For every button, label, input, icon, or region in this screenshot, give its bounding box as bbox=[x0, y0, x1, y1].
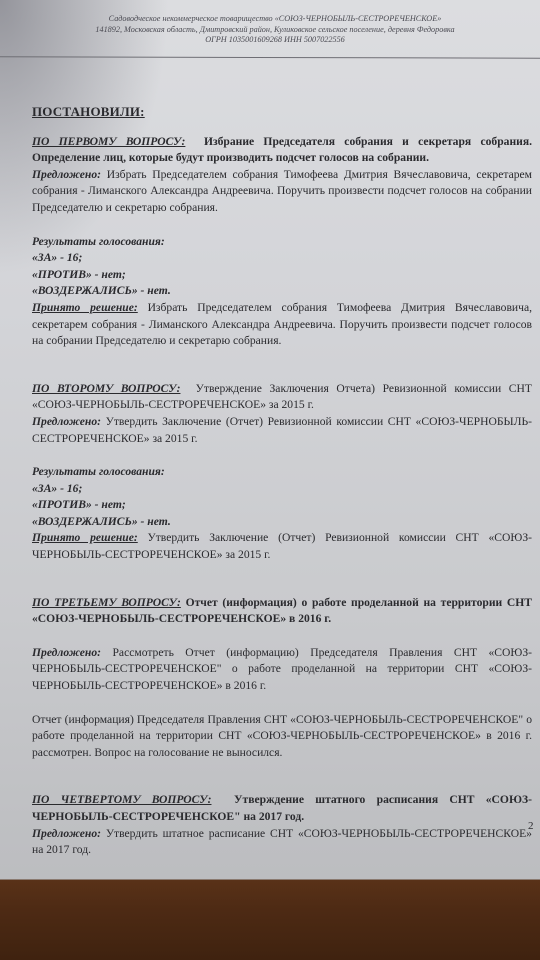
question-2-header: ПО ВТОРОМУ ВОПРОСУ: Утверждение Заключен… bbox=[32, 381, 532, 414]
question-1-proposed: Предложено: Избрать Председателем собран… bbox=[32, 167, 532, 217]
question-1-decision: Принято решение: Избрать Председателем с… bbox=[32, 300, 532, 350]
proposed-label: Предложено: bbox=[32, 415, 101, 428]
letterhead-divider bbox=[0, 56, 540, 58]
question-1-title: ПО ПЕРВОМУ ВОПРОСУ: bbox=[32, 135, 185, 148]
letterhead: Садоводческое некоммерческое товариществ… bbox=[40, 14, 510, 46]
question-4-proposed: Предложено: Утвердить штатное расписание… bbox=[32, 826, 532, 859]
question-3-header: ПО ТРЕТЬЕМУ ВОПРОСУ: Отчет (информация) … bbox=[32, 595, 532, 628]
document-body: ПОСТАНОВИЛИ: ПО ПЕРВОМУ ВОПРОСУ: Избрани… bbox=[32, 104, 532, 859]
organization-name: Садоводческое некоммерческое товариществ… bbox=[40, 14, 510, 25]
page-number: 2 bbox=[528, 820, 534, 832]
question-3-title: ПО ТРЕТЬЕМУ ВОПРОСУ: bbox=[32, 596, 181, 609]
voting-results-label: Результаты голосования: bbox=[32, 464, 532, 481]
question-1-proposed-text: Избрать Председателем собрания Тимофеева… bbox=[32, 168, 532, 214]
question-2-proposed-text: Утвердить Заключение (Отчет) Ревизионной… bbox=[32, 415, 532, 445]
document-page: Садоводческое некоммерческое товариществ… bbox=[0, 0, 540, 879]
decision-label: Принято решение: bbox=[32, 531, 138, 544]
proposed-label: Предложено: bbox=[32, 827, 101, 840]
organization-registration: ОГРН 1035001609268 ИНН 5007022556 bbox=[40, 35, 510, 46]
resolution-heading: ПОСТАНОВИЛИ: bbox=[32, 104, 532, 121]
question-1: ПО ПЕРВОМУ ВОПРОСУ: Избрание Председател… bbox=[32, 134, 532, 350]
question-3: ПО ТРЕТЬЕМУ ВОПРОСУ: Отчет (информация) … bbox=[32, 595, 532, 762]
question-2-title: ПО ВТОРОМУ ВОПРОСУ: bbox=[32, 382, 180, 395]
voting-results-label: Результаты голосования: bbox=[32, 234, 532, 251]
proposed-label: Предложено: bbox=[32, 168, 101, 181]
proposed-label: Предложено: bbox=[32, 646, 101, 659]
votes-against: «ПРОТИВ» - нет; bbox=[32, 497, 532, 514]
question-3-proposed-text: Рассмотреть Отчет (информацию) Председат… bbox=[32, 646, 532, 692]
question-1-header: ПО ПЕРВОМУ ВОПРОСУ: Избрание Председател… bbox=[32, 134, 532, 167]
question-3-note: Отчет (информация) Председателя Правлени… bbox=[32, 712, 532, 762]
organization-address: 141892, Московская область, Дмитровский … bbox=[40, 25, 510, 36]
votes-against: «ПРОТИВ» - нет; bbox=[32, 267, 532, 284]
wooden-table-surface bbox=[0, 878, 540, 960]
question-4-header: ПО ЧЕТВЕРТОМУ ВОПРОСУ: Утверждение штатн… bbox=[32, 792, 532, 825]
question-2: ПО ВТОРОМУ ВОПРОСУ: Утверждение Заключен… bbox=[32, 381, 532, 564]
votes-for: «ЗА» - 16; bbox=[32, 481, 532, 498]
question-4-proposed-text: Утвердить штатное расписание СНТ «СОЮЗ-Ч… bbox=[32, 827, 532, 857]
votes-for: «ЗА» - 16; bbox=[32, 250, 532, 267]
question-2-decision: Принято решение: Утвердить Заключение (О… bbox=[32, 530, 532, 563]
question-4-title: ПО ЧЕТВЕРТОМУ ВОПРОСУ: bbox=[32, 793, 211, 806]
question-3-proposed: Предложено: Рассмотреть Отчет (информаци… bbox=[32, 645, 532, 695]
votes-abstained: «ВОЗДЕРЖАЛИСЬ» - нет. bbox=[32, 514, 532, 531]
decision-label: Принято решение: bbox=[32, 301, 138, 314]
question-2-proposed: Предложено: Утвердить Заключение (Отчет)… bbox=[32, 414, 532, 447]
votes-abstained: «ВОЗДЕРЖАЛИСЬ» - нет. bbox=[32, 283, 532, 300]
question-4: ПО ЧЕТВЕРТОМУ ВОПРОСУ: Утверждение штатн… bbox=[32, 792, 532, 858]
